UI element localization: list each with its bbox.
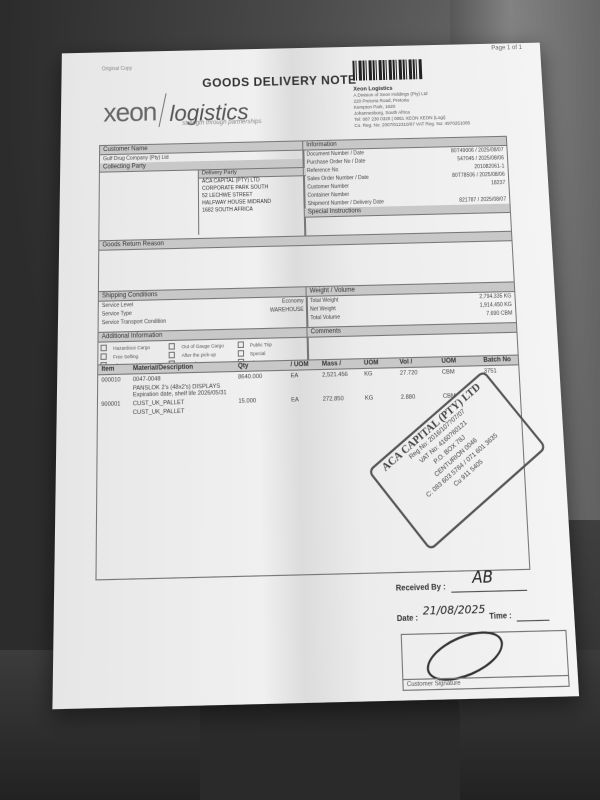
signature-caption: Customer Signature (403, 675, 568, 690)
time-blank (517, 611, 550, 621)
logo-tagline: strength through partnerships (182, 119, 261, 127)
date-label: Date : (397, 615, 418, 624)
document-title: GOODS DELIVERY NOTE (202, 73, 357, 90)
received-by-label: Received By : (396, 584, 446, 593)
date-field: Date : 21/08/2025 (397, 615, 418, 624)
received-by-handwriting: AB (472, 569, 494, 588)
option-checkbox[interactable]: Free Selling (100, 352, 169, 360)
option-checkbox[interactable]: Special (237, 349, 306, 357)
option-checkbox[interactable]: After the pick-up (169, 350, 238, 358)
comments-header: Comments (307, 323, 516, 338)
time-field: Time : (489, 611, 550, 622)
logo-divider (159, 93, 167, 127)
date-handwriting: 21/08/2025 (422, 604, 485, 618)
goods-delivery-note: Original Copy Page 1 of 1 GOODS DELIVERY… (52, 43, 579, 710)
company-address: Xeon Logistics A Division of Xeon Holdin… (353, 83, 506, 129)
option-checkbox[interactable]: Hazardous Cargo (101, 343, 169, 351)
option-checkbox[interactable]: Public Trip (237, 340, 305, 348)
logo-xeon: xeon (103, 96, 156, 129)
information-section: Information Document Number / Date80T490… (302, 136, 512, 238)
barcode (352, 59, 423, 81)
customer-section: Customer Name Gulf Drug Company (Pty) Lt… (98, 140, 306, 242)
option-checkbox[interactable]: Out of Gauge Cargo (169, 342, 237, 350)
received-by: Received By : AB (396, 582, 527, 595)
page-number: Page 1 of 1 (491, 45, 522, 52)
signature-box: Customer Signature (401, 630, 570, 691)
copy-note: Original Copy (102, 66, 132, 73)
delivery-line: 1682 SOUTH AFRICA (202, 205, 307, 215)
time-label: Time : (489, 612, 512, 621)
delivery-party: Delivery Party ACA CAPITAL (PTY) LTD COR… (198, 168, 307, 235)
received-by-field: AB (451, 582, 527, 593)
